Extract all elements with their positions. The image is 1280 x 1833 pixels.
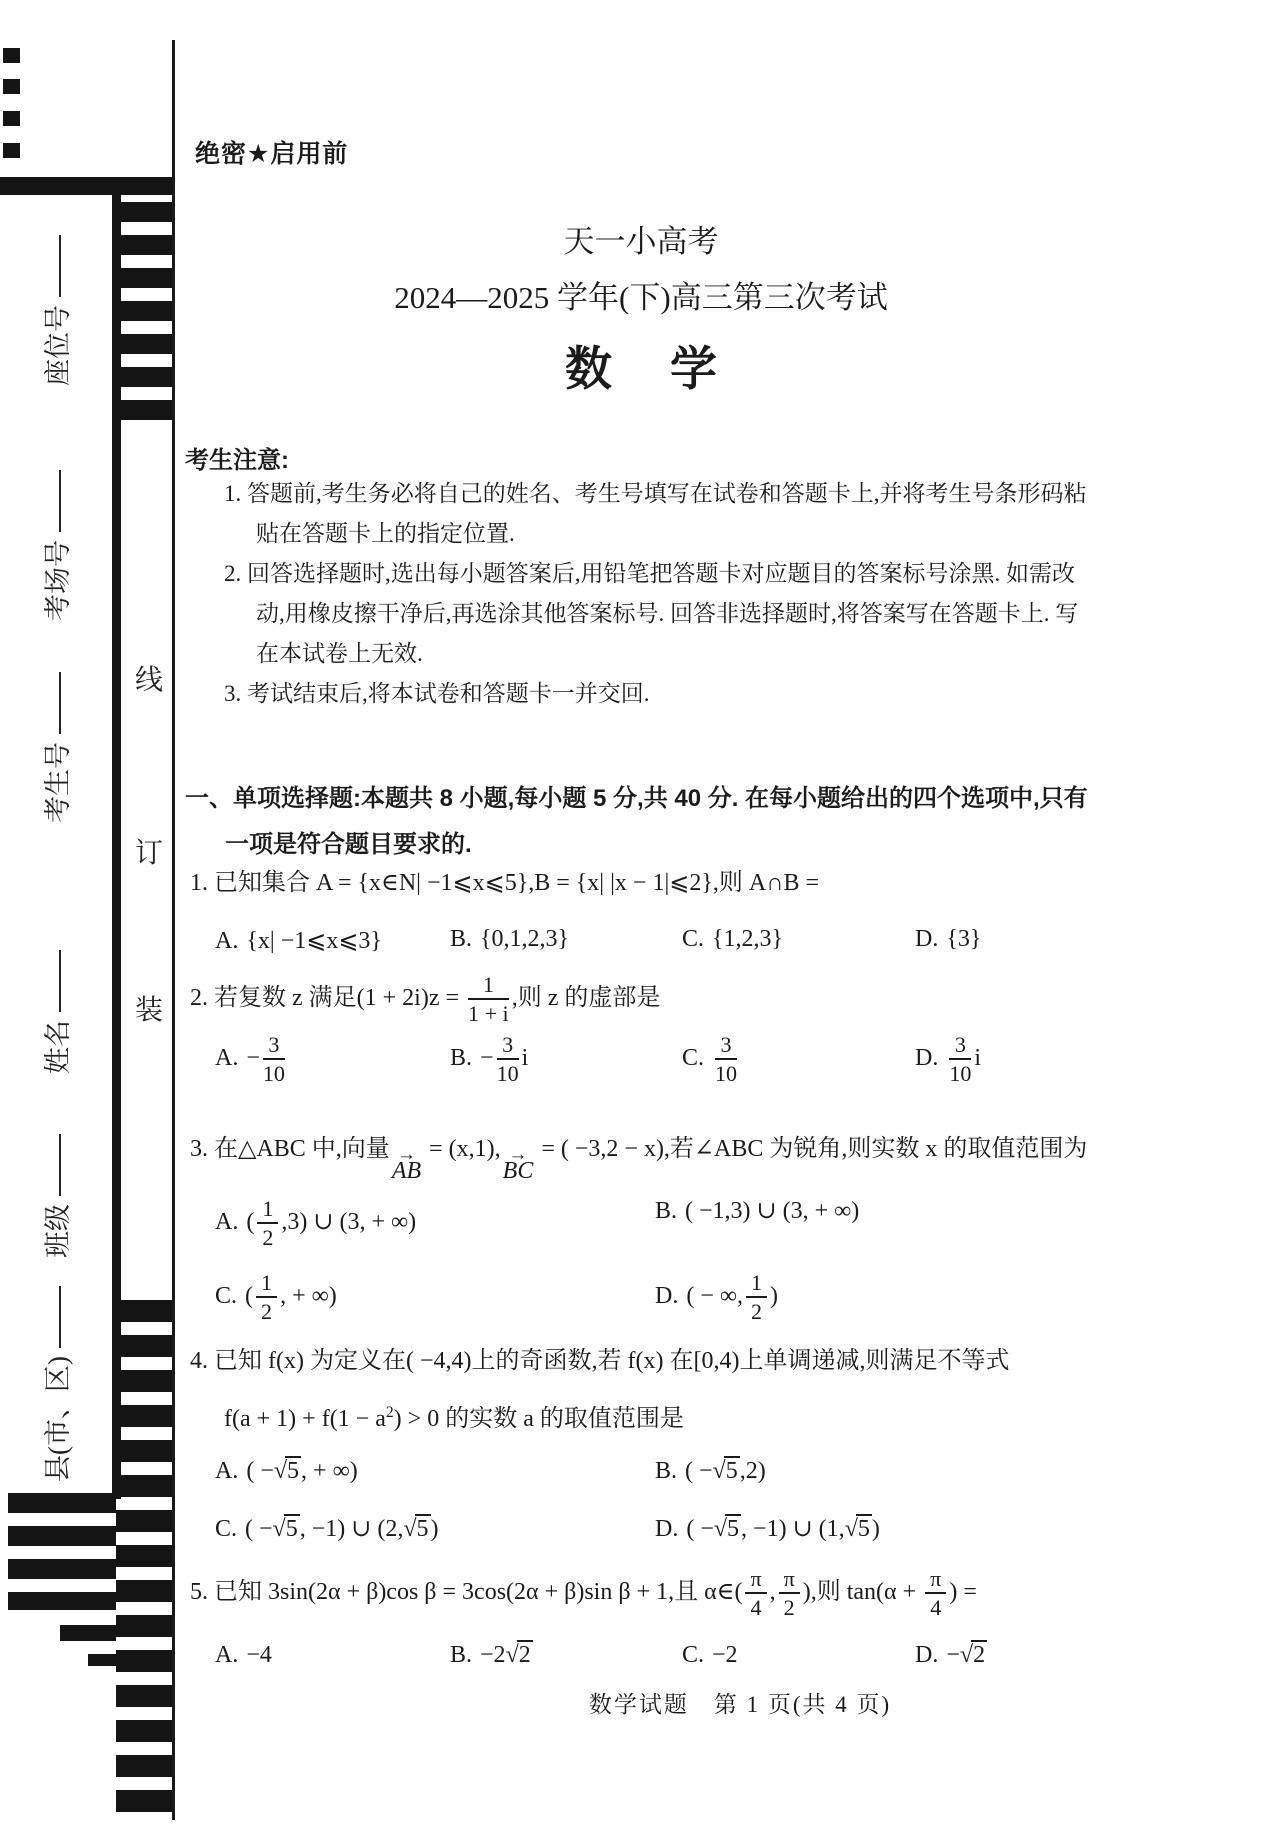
margin-label-county: 县(市、区)	[40, 1262, 76, 1482]
fraction-numerator: π	[745, 1566, 766, 1594]
option-a: A.{x| −1⩽x⩽3}	[215, 926, 382, 955]
math-sqrt: √5	[713, 1456, 740, 1484]
margin-label-name: 姓名	[40, 950, 76, 1074]
fraction-denominator: 1 + i	[468, 1000, 509, 1026]
math-fraction: 12	[746, 1270, 767, 1325]
option-value: ( −√5, + ∞)	[246, 1456, 357, 1484]
sqrt-sign-icon: √	[713, 1458, 724, 1484]
notice-item-number: 3.	[224, 681, 241, 706]
binding-bar	[8, 1559, 116, 1579]
math-fraction: π4	[925, 1566, 946, 1621]
option-d: D.( − ∞,12)	[655, 1270, 778, 1325]
exam-session-title: 2024—2025 学年(下)高三第三次考试	[185, 272, 1097, 317]
margin-label-text: 姓名	[43, 1020, 73, 1074]
option-label: B.	[450, 1045, 472, 1071]
option-value: −310	[246, 1045, 288, 1071]
option-d: D.310i	[915, 1032, 981, 1087]
option-label: D.	[915, 926, 938, 952]
math-fraction: 310	[497, 1032, 519, 1087]
math-sqrt: √5	[273, 1514, 300, 1542]
binding-stripe	[116, 1545, 172, 1567]
math-fraction: 310	[715, 1032, 737, 1087]
superscript: 2	[386, 1404, 394, 1421]
question-4-options-row1: A.( −√5, + ∞) B.( −√5,2)	[0, 1458, 1280, 1459]
binding-char-ding: 订	[132, 831, 166, 871]
math-sqrt: √2	[506, 1640, 533, 1668]
math-vector: →BC	[503, 1147, 534, 1182]
math-fraction: 310	[263, 1032, 285, 1087]
margin-label-seat-number: 座位号	[40, 244, 76, 386]
binding-stripe	[116, 1615, 172, 1637]
vector-name: AB	[392, 1161, 421, 1181]
binding-stripe	[116, 1685, 172, 1707]
option-label: A.	[215, 1045, 238, 1071]
question-1-stem: 1. 已知集合 A = {x∈N| −1⩽x⩽5},B = {x| |x − 1…	[190, 862, 819, 897]
option-d: D.−√2	[915, 1642, 987, 1669]
option-value: −2	[712, 1642, 738, 1668]
sqrt-radicand: 5	[724, 1456, 740, 1484]
math-fraction: 12	[257, 1196, 278, 1251]
option-a: A.(12,3) ∪ (3, + ∞)	[215, 1196, 416, 1251]
fraction-numerator: 3	[497, 1032, 519, 1060]
notice-item: 1. 答题前,考生务必将自己的姓名、考生号填写在试卷和答题卡上,并将考生号条形码…	[224, 474, 1092, 554]
fraction-denominator: 10	[497, 1060, 519, 1086]
fraction-numerator: 3	[263, 1032, 285, 1060]
fraction-numerator: π	[925, 1566, 946, 1594]
fraction-denominator: 10	[715, 1060, 737, 1086]
math-vector: →AB	[392, 1147, 421, 1182]
notice-item-number: 2.	[224, 561, 241, 586]
option-value: {0,1,2,3}	[480, 926, 569, 952]
option-c: C.(12, + ∞)	[215, 1270, 337, 1325]
option-label: A.	[215, 928, 238, 954]
binding-bar	[0, 177, 173, 195]
fraction-numerator: 1	[468, 972, 509, 1000]
binding-stripe	[116, 1650, 172, 1672]
binding-stripe	[116, 1720, 172, 1742]
math-sqrt: √2	[960, 1640, 987, 1668]
section-one-heading: 一、单项选择题:本题共 8 小题,每小题 5 分,共 40 分. 在每小题给出的…	[185, 776, 1103, 868]
binding-stripe	[116, 1755, 172, 1777]
binding-stripe	[116, 1475, 172, 1497]
math-fraction: π2	[779, 1566, 800, 1621]
sqrt-radicand: 2	[517, 1640, 533, 1668]
binding-stripe	[116, 235, 172, 255]
margin-label-text: 考生号	[43, 742, 73, 823]
option-label: C.	[682, 926, 704, 952]
fraction-denominator: 2	[256, 1298, 277, 1324]
option-value: −√2	[946, 1640, 987, 1668]
fill-in-blank-line	[55, 470, 61, 532]
sqrt-sign-icon: √	[960, 1642, 971, 1668]
option-b: B.( −1,3) ∪ (3, + ∞)	[655, 1196, 859, 1225]
notice-item-text: 考试结束后,将本试卷和答题卡一并交回.	[247, 681, 650, 706]
binding-char-xian: 线	[132, 658, 166, 698]
option-label: D.	[655, 1516, 678, 1542]
fraction-denominator: 10	[949, 1060, 971, 1086]
math-sqrt: √5	[403, 1514, 430, 1542]
option-b: B.{0,1,2,3}	[450, 926, 569, 953]
fraction-denominator: 2	[257, 1224, 278, 1250]
fill-in-blank-line	[55, 1134, 61, 1196]
notice-item-text: 答题前,考生务必将自己的姓名、考生号填写在试卷和答题卡上,并将考生号条形码粘贴在…	[247, 481, 1087, 546]
sqrt-radicand: 2	[971, 1640, 987, 1668]
fill-in-blank-line	[55, 1286, 61, 1348]
option-value: −310i	[480, 1045, 528, 1071]
binding-stripe	[116, 400, 172, 420]
binding-stripe	[116, 1790, 172, 1812]
math-fraction: 12	[256, 1270, 277, 1325]
option-d: D.{3}	[915, 926, 981, 953]
binding-stripe	[116, 334, 172, 354]
sqrt-radicand: 5	[725, 1514, 741, 1542]
fraction-numerator: 3	[949, 1032, 971, 1060]
notice-item: 3. 考试结束后,将本试卷和答题卡一并交回.	[224, 674, 1092, 714]
option-label: A.	[215, 1458, 238, 1484]
binding-stripe	[116, 202, 172, 222]
option-label: B.	[655, 1198, 677, 1224]
sqrt-sign-icon: √	[403, 1516, 414, 1542]
binding-stripe	[116, 1580, 172, 1602]
option-value: ( −1,3) ∪ (3, + ∞)	[685, 1198, 859, 1224]
fill-in-blank-line	[55, 950, 61, 1012]
fraction-denominator: 4	[745, 1594, 766, 1620]
page-footer: 数学试题 第 1 页(共 4 页)	[500, 1686, 980, 1719]
binding-char-zhuang: 装	[132, 988, 166, 1028]
option-label: A.	[215, 1209, 238, 1235]
math-sqrt: √5	[274, 1456, 301, 1484]
binding-stripe	[116, 1300, 172, 1322]
sqrt-sign-icon: √	[714, 1516, 725, 1542]
option-label: D.	[915, 1045, 938, 1071]
fraction-numerator: 1	[257, 1196, 278, 1224]
binding-stripe	[116, 1370, 172, 1392]
question-2-options: A.−310 B.−310i C.310 D.310i	[0, 1032, 1280, 1033]
option-b: B.−2√2	[450, 1642, 533, 1669]
question-3-stem: 3. 在△ABC 中,向量→AB = (x,1),→BC = ( −3,2 − …	[190, 1128, 1087, 1182]
option-value: {3}	[946, 926, 981, 952]
margin-label-text: 考场号	[43, 540, 73, 621]
notice-list: 1. 答题前,考生务必将自己的姓名、考生号填写在试卷和答题卡上,并将考生号条形码…	[224, 474, 1092, 714]
margin-label-text: 班级	[43, 1204, 73, 1258]
sqrt-sign-icon: √	[506, 1642, 517, 1668]
binding-stripe	[116, 367, 172, 387]
option-b: B.−310i	[450, 1032, 528, 1087]
option-value: 310	[712, 1045, 740, 1071]
notice-item: 2. 回答选择题时,选出每小题答案后,用铅笔把答题卡对应题目的答案标号涂黑. 如…	[224, 554, 1092, 674]
notice-item-text: 回答选择题时,选出每小题答案后,用铅笔把答题卡对应题目的答案标号涂黑. 如需改动…	[247, 561, 1078, 666]
option-label: C.	[215, 1283, 237, 1309]
option-c: C.( −√5, −1) ∪ (2,√5)	[215, 1514, 439, 1543]
margin-label-text: 县(市、区)	[43, 1356, 73, 1482]
question-4-options-row2: C.( −√5, −1) ∪ (2,√5) D.( −√5, −1) ∪ (1,…	[0, 1514, 1280, 1515]
option-d: D.( −√5, −1) ∪ (1,√5)	[655, 1514, 880, 1543]
option-label: C.	[682, 1045, 704, 1071]
binding-stripe	[116, 301, 172, 321]
option-value: −2√2	[480, 1640, 533, 1668]
question-3-options-row1: A.(12,3) ∪ (3, + ∞) B.( −1,3) ∪ (3, + ∞)	[0, 1196, 1280, 1197]
fraction-denominator: 4	[925, 1594, 946, 1620]
fraction-numerator: π	[779, 1566, 800, 1594]
sqrt-radicand: 5	[415, 1514, 431, 1542]
binding-bar	[60, 1625, 116, 1641]
binding-stripe	[116, 268, 172, 288]
registration-mark	[3, 79, 20, 94]
sqrt-sign-icon: √	[845, 1516, 856, 1542]
question-4-stem-line1: 4. 已知 f(x) 为定义在( −4,4)上的奇函数,若 f(x) 在[0,4…	[190, 1340, 1009, 1375]
option-label: C.	[682, 1642, 704, 1668]
binding-bar	[8, 1526, 116, 1546]
option-b: B.( −√5,2)	[655, 1458, 766, 1485]
binding-bar	[8, 1592, 116, 1610]
sqrt-sign-icon: √	[274, 1458, 285, 1484]
option-value: (12, + ∞)	[245, 1283, 337, 1309]
option-value: ( −√5, −1) ∪ (1,√5)	[686, 1514, 880, 1542]
math-sqrt: √5	[845, 1514, 872, 1542]
binding-stripe	[116, 1335, 172, 1357]
binding-bar	[88, 1654, 116, 1666]
option-value: 310i	[946, 1045, 981, 1071]
option-c: C.{1,2,3}	[682, 926, 783, 953]
question-3-options-row2: C.(12, + ∞) D.( − ∞,12)	[0, 1270, 1280, 1271]
subject-title: 数学	[185, 332, 1097, 399]
option-label: D.	[655, 1283, 678, 1309]
fill-in-blank-line	[55, 235, 61, 297]
binding-stripe	[116, 1405, 172, 1427]
option-value: {1,2,3}	[712, 926, 783, 952]
security-classification-label: 绝密★启用前	[195, 134, 348, 170]
notice-item-number: 1.	[224, 481, 241, 506]
margin-label-candidate-number: 考生号	[40, 681, 76, 823]
option-value: ( − ∞,12)	[686, 1283, 778, 1309]
fraction-numerator: 1	[746, 1270, 767, 1298]
math-fraction: 310	[949, 1032, 971, 1087]
fraction-denominator: 2	[779, 1594, 800, 1620]
option-value: {x| −1⩽x⩽3}	[246, 928, 382, 954]
option-a: A.( −√5, + ∞)	[215, 1458, 358, 1485]
margin-label-room-number: 考场号	[40, 479, 76, 621]
question-4-stem-line2: f(a + 1) + f(1 − a2) > 0 的实数 a 的取值范围是	[224, 1398, 684, 1433]
sqrt-radicand: 5	[284, 1514, 300, 1542]
question-2-stem: 2. 若复数 z 满足(1 + 2i)z = 11 + i,则 z 的虚部是	[190, 972, 660, 1027]
fraction-numerator: 1	[256, 1270, 277, 1298]
math-sqrt: √5	[714, 1514, 741, 1542]
option-label: C.	[215, 1516, 237, 1542]
option-label: B.	[655, 1458, 677, 1484]
option-label: B.	[450, 1642, 472, 1668]
sqrt-sign-icon: √	[273, 1516, 284, 1542]
exam-paper-page: 座位号 考场号 考生号 姓名 班级 县(市、区) 线 订 装 绝密★启用前 天一…	[0, 0, 1280, 1833]
option-label: B.	[450, 926, 472, 952]
margin-rule-line	[172, 40, 175, 1820]
registration-mark	[3, 111, 20, 126]
option-value: (12,3) ∪ (3, + ∞)	[246, 1209, 416, 1235]
question-5-stem: 5. 已知 3sin(2α + β)cos β = 3cos(2α + β)si…	[190, 1566, 977, 1621]
question-1-options: A.{x| −1⩽x⩽3} B.{0,1,2,3} C.{1,2,3} D.{3…	[0, 926, 1280, 927]
option-value: ( −√5,2)	[685, 1456, 766, 1484]
option-c: C.310	[682, 1032, 740, 1087]
math-fraction: 11 + i	[468, 972, 509, 1027]
vector-name: BC	[503, 1161, 534, 1181]
registration-mark	[3, 143, 20, 158]
option-value: ( −√5, −1) ∪ (2,√5)	[245, 1514, 439, 1542]
fill-in-blank-line	[55, 672, 61, 734]
exam-brand-title: 天一小高考	[185, 216, 1097, 261]
fraction-numerator: 3	[715, 1032, 737, 1060]
notice-heading: 考生注意:	[185, 440, 289, 475]
math-fraction: π4	[745, 1566, 766, 1621]
sqrt-radicand: 5	[285, 1456, 301, 1484]
registration-mark	[3, 48, 20, 63]
option-value: −4	[246, 1642, 272, 1668]
option-label: D.	[915, 1642, 938, 1668]
option-a: A.−4	[215, 1642, 272, 1669]
fraction-denominator: 10	[263, 1060, 285, 1086]
option-c: C.−2	[682, 1642, 738, 1669]
binding-bar	[8, 1493, 116, 1513]
question-5-options: A.−4 B.−2√2 C.−2 D.−√2	[0, 1642, 1280, 1643]
sqrt-radicand: 5	[856, 1514, 872, 1542]
option-a: A.−310	[215, 1032, 288, 1087]
option-label: A.	[215, 1642, 238, 1668]
fraction-denominator: 2	[746, 1298, 767, 1324]
margin-label-text: 座位号	[43, 305, 73, 386]
